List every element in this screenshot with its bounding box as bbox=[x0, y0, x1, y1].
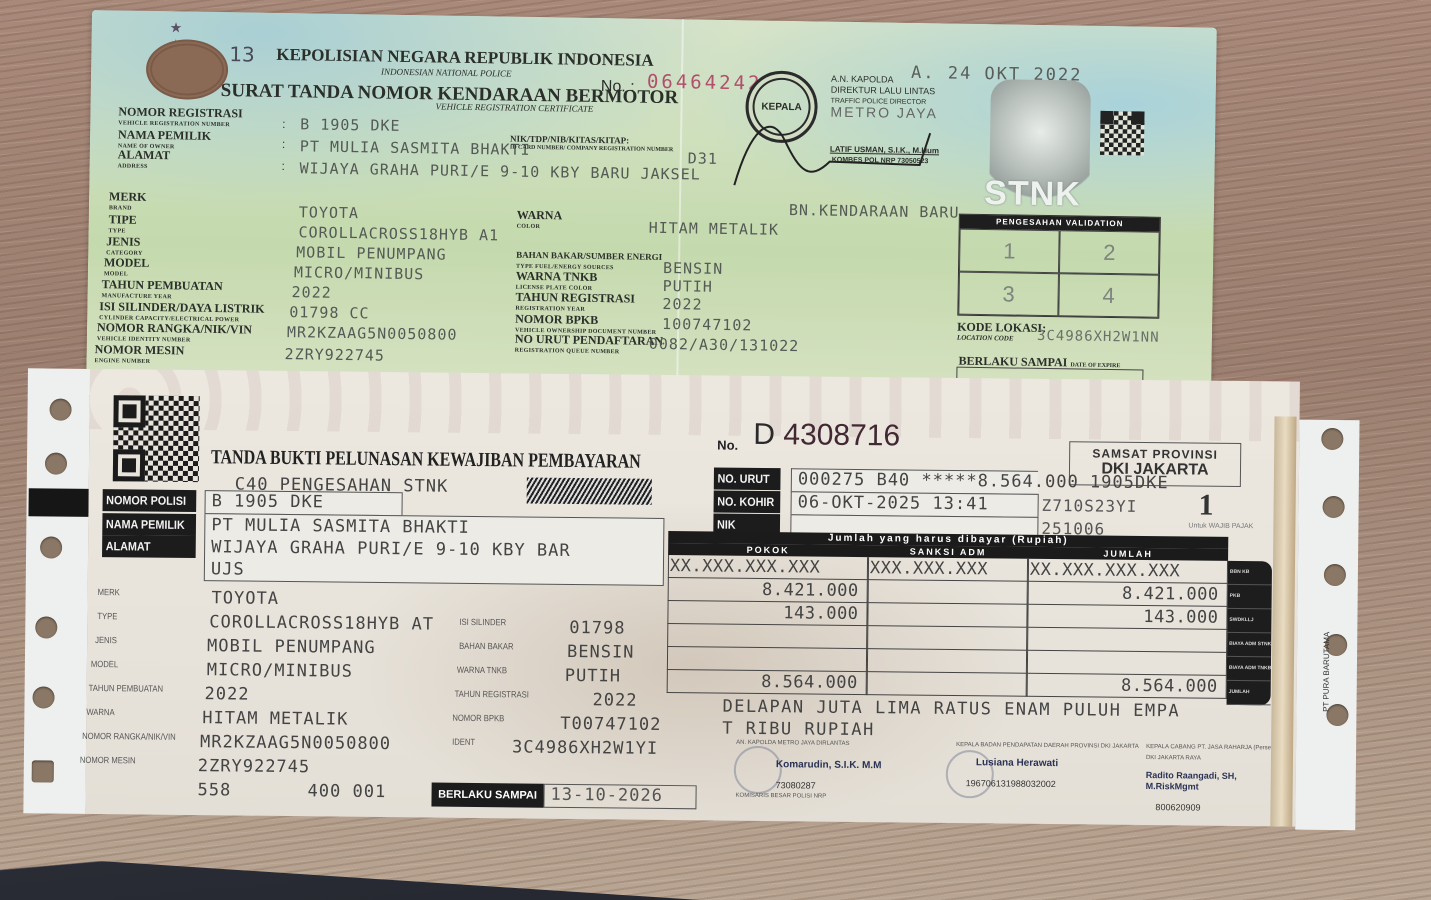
validation-cell: 1 bbox=[959, 229, 1060, 274]
receipt-body: TANDA BUKTI PELUNASAN KEWAJIBAN PEMBAYAR… bbox=[85, 369, 1300, 827]
stnk-title-en: VEHICLE REGISTRATION CERTIFICATE bbox=[435, 101, 593, 113]
valid-until-label: BERLAKU SAMPAI bbox=[431, 783, 543, 808]
receipt-number: D 4308716 bbox=[753, 418, 900, 454]
fuel-value: BENSIN bbox=[663, 259, 723, 278]
plate-color-value: PUTIH bbox=[663, 277, 713, 296]
registration-year-value: 2022 bbox=[592, 690, 637, 710]
color-value: HITAM METALIK bbox=[202, 708, 348, 730]
queue-number-value: 0082/A30/131022 bbox=[649, 335, 800, 355]
label-color: WARNA bbox=[86, 707, 114, 717]
owner-name: PT MULIA SASMITA BHAKTI bbox=[300, 137, 531, 159]
hologram-text: STNK bbox=[984, 174, 1081, 215]
brand-value: TOYOTA bbox=[211, 588, 279, 609]
punch-hole bbox=[45, 452, 67, 474]
punch-hole bbox=[35, 616, 57, 638]
strip-marker bbox=[28, 488, 88, 517]
label-bpkb: NOMOR BPKB bbox=[452, 713, 504, 724]
label-queue-number: NO URUT PENDAFTARANREGISTRATION QUEUE NU… bbox=[515, 333, 664, 359]
owner-address-cont: UJS bbox=[211, 558, 663, 585]
police-emblem-icon bbox=[146, 39, 229, 100]
brand-value: TOYOTA bbox=[299, 203, 359, 222]
label-engine: NOMOR MESIN bbox=[80, 755, 136, 766]
label-vin: NOMOR RANGKA/NIK/VIN bbox=[82, 731, 176, 742]
plate-color-value: PUTIH bbox=[565, 666, 621, 687]
label-model: MODEL bbox=[91, 659, 118, 669]
tractor-strip-right bbox=[1295, 420, 1359, 831]
label-manufacture-year: TAHUN PEMBUATAN bbox=[89, 683, 163, 694]
tractor-strip-left bbox=[23, 368, 90, 814]
validation-cell: 3 bbox=[958, 272, 1059, 317]
color-value: HITAM METALIK bbox=[649, 219, 780, 239]
signatory-police: AN. KAPOLDA METRO JAYA DIRLANTAS Komarud… bbox=[735, 738, 936, 804]
stnk-card: ★★★ 13 KEPOLISIAN NEGARA REPUBLIK INDONE… bbox=[86, 10, 1217, 413]
label-engine: NOMOR MESINENGINE NUMBER bbox=[94, 343, 184, 368]
printer-name: PT PURA BARUTAMA bbox=[1321, 632, 1331, 712]
label-ident: IDENT bbox=[452, 737, 475, 747]
registration-year-value: 2022 bbox=[662, 295, 702, 314]
qr-code-icon bbox=[113, 395, 200, 482]
category-value: MOBIL PENUMPANG bbox=[296, 243, 447, 263]
location-code: 3C4986XH2W1NN bbox=[1037, 328, 1160, 346]
signatory-nrp: KOMBES POL NRP 73050523 bbox=[832, 157, 929, 166]
label-address: ALAMAT bbox=[102, 535, 196, 558]
valid-until-date: 13-10-2026 bbox=[543, 784, 696, 810]
table-row-total: 8.564.0008.564.000 bbox=[667, 670, 1227, 699]
hologram-strip bbox=[1270, 416, 1296, 826]
engine-value: 2ZRY922745 bbox=[284, 345, 385, 365]
qr-code-icon bbox=[1100, 111, 1145, 156]
handwritten-mark: 13 bbox=[229, 42, 255, 66]
punch-hole bbox=[49, 399, 71, 421]
manufacture-year-value: 2022 bbox=[204, 684, 249, 704]
punch-hole bbox=[1321, 428, 1343, 450]
label-nik: NIK/TDP/NIB/KITAS/KITAP:ID CARD NUMBER/ … bbox=[510, 135, 674, 156]
punch-hole bbox=[1323, 496, 1345, 518]
label-brand: MERKBRAND bbox=[109, 190, 147, 215]
vin-value: MR2KZAAG5N0050800 bbox=[287, 323, 458, 344]
receipt-title: TANDA BUKTI PELUNASAN KEWAJIBAN PEMBAYAR… bbox=[211, 446, 641, 473]
category-value: MOBIL PENUMPANG bbox=[207, 636, 376, 658]
copy-caption: Untuk WAJIB PAJAK bbox=[1188, 522, 1253, 530]
signatory-name: LATIF USMAN, S.I.K., M.Hum bbox=[830, 145, 939, 156]
colon: : bbox=[282, 117, 286, 131]
label-fuel: BAHAN BAKAR bbox=[459, 641, 514, 652]
label-category: JENIS bbox=[95, 635, 117, 645]
payment-receipt: TANDA BUKTI PELUNASAN KEWAJIBAN PEMBAYAR… bbox=[0, 368, 1360, 837]
model-value: MICRO/MINIBUS bbox=[207, 660, 353, 682]
institution-name-en: INDONESIAN NATIONAL POLICE bbox=[381, 67, 512, 79]
owner-address-box: PT MULIA SASMITA BHAKTI WIJAYA GRAHA PUR… bbox=[204, 513, 665, 586]
kohir-code: Z710S23YI bbox=[1042, 496, 1138, 516]
validation-cell: 4 bbox=[1058, 273, 1159, 318]
cylinder-value: 01798 CC bbox=[289, 303, 370, 322]
fuel-value: BENSIN bbox=[567, 642, 635, 663]
label-queue: NO. URUT bbox=[714, 467, 781, 490]
payment-row-labels: BBN KB PKB SWDKLLJ BIAYA ADM STNK BIAYA … bbox=[1227, 561, 1273, 705]
registration-number: B 1905 DKE bbox=[300, 115, 401, 135]
signatory-bapenda: KEPALA BADAN PENDAPATAN DAERAH PROVINSI … bbox=[956, 740, 1157, 791]
punch-hole bbox=[40, 536, 62, 558]
table-shadow bbox=[0, 830, 700, 900]
validation-box: PENGESAHAN VALIDATION 1 2 3 4 bbox=[957, 214, 1161, 319]
label-plate-color: WARNA TNKB bbox=[457, 665, 507, 676]
location-code-label: KODE LOKASI:LOCATION CODE bbox=[957, 322, 1046, 345]
serial-label: No. : bbox=[601, 78, 635, 97]
label-registration-year: TAHUN REGISTRASI bbox=[455, 689, 529, 700]
cylinder-value: 01798 bbox=[569, 618, 625, 639]
copy-number: 1 bbox=[1198, 489, 1213, 523]
label-brand: MERK bbox=[98, 587, 120, 597]
owner-address: WIJAYA GRAHA PURI/E 9-10 KBY BARU JAKSEL bbox=[299, 159, 700, 183]
vin-value: MR2KZAAG5N0050800 bbox=[200, 732, 391, 754]
label-cylinder: ISI SILINDER bbox=[459, 617, 506, 627]
barcode-icon bbox=[527, 478, 652, 505]
model-value: MICRO/MINIBUS bbox=[294, 263, 425, 283]
label-kohir: NO. KOHIR bbox=[714, 490, 781, 513]
label-color: WARNACOLOR bbox=[517, 209, 563, 234]
type-value: COROLLACROSS18HYB AT bbox=[209, 612, 434, 634]
plate-number: B 1905 DKE bbox=[204, 490, 402, 516]
punch-hole bbox=[1324, 564, 1346, 586]
bpkb-value: T00747102 bbox=[560, 714, 661, 735]
serial-number: 06464242 bbox=[647, 71, 763, 95]
punch-hole bbox=[32, 760, 54, 782]
colon: : bbox=[282, 137, 286, 151]
punch-hole bbox=[32, 686, 54, 708]
receipt-number-label: No. bbox=[717, 438, 738, 453]
security-pattern bbox=[89, 369, 1300, 442]
remark: BN.KENDARAAN BARU bbox=[789, 201, 960, 222]
nik-value: D31 bbox=[688, 149, 718, 167]
validation-cell: 2 bbox=[1059, 230, 1160, 275]
type-value: COROLLACROSS18HYB A1 bbox=[298, 223, 499, 244]
manufacture-year-value: 2022 bbox=[291, 283, 331, 302]
label-address: ALAMATADDRESS bbox=[117, 148, 170, 173]
footer-code-b: 400 001 bbox=[307, 781, 386, 802]
payment-table: Jumlah yang harus dibayar (Rupiah) POKOK… bbox=[667, 531, 1229, 699]
bpkb-value: 100747102 bbox=[662, 315, 753, 334]
ident-value: 3C4986XH2W1YI bbox=[512, 737, 658, 759]
owner-address: WIJAYA GRAHA PURI/E 9-10 KBY BAR bbox=[211, 536, 663, 563]
label-type: TYPE bbox=[97, 611, 117, 621]
engine-value: 2ZRY922745 bbox=[198, 756, 311, 777]
signatory-jasa-raharja: KEPALA CABANG PT. JASA RAHARJA (Persero)… bbox=[1145, 742, 1286, 814]
label-owner: NAMA PEMILIK bbox=[102, 513, 196, 536]
footer-code-a: 558 bbox=[197, 780, 231, 800]
label-plate: NOMOR POLISI bbox=[103, 489, 197, 512]
colon: : bbox=[281, 159, 285, 173]
